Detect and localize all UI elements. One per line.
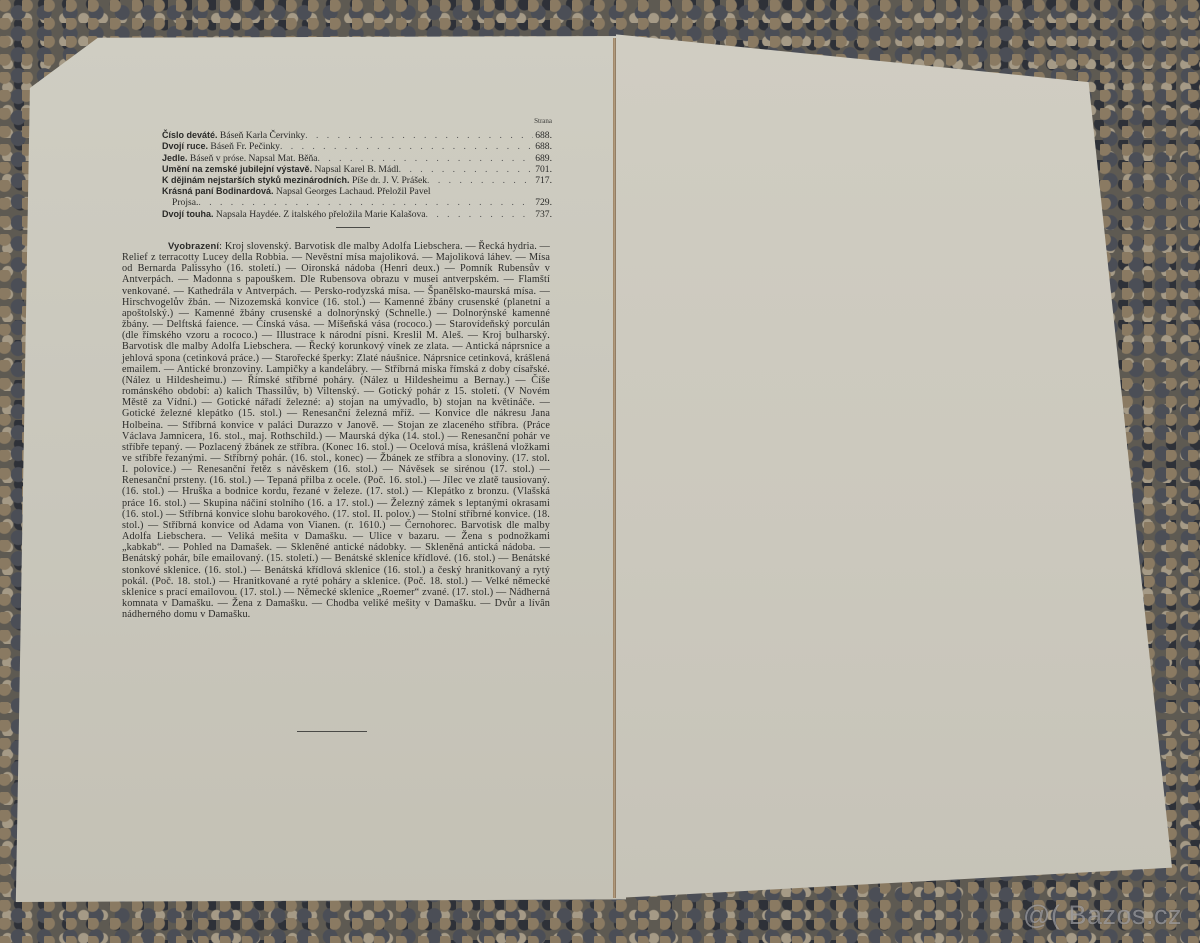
toc-entry: K dějinám nejstarších styků mezinárodníc…	[162, 175, 552, 186]
illustrations-heading: Vyobrazení	[168, 240, 219, 251]
toc-entry: Krásná paní Bodinardová. Napsal Georges …	[162, 186, 552, 197]
toc-entry-continuation: Projsa. 729.	[162, 197, 552, 208]
toc-entry-page: 717.	[533, 175, 552, 186]
separator-rule-bottom	[297, 731, 367, 732]
toc-entry-title: K dějinám nejstarších styků mezinárodníc…	[162, 175, 350, 185]
toc-entry-page: 737.	[533, 209, 552, 220]
leader-dots	[399, 164, 534, 175]
separator-rule-top	[336, 227, 370, 228]
leader-dots	[427, 175, 533, 186]
toc-entry-title: Jedle.	[162, 153, 188, 163]
toc-entry-page: 688.	[533, 141, 552, 152]
leader-dots	[198, 197, 533, 208]
illustrations-list: Vyobrazení: Kroj slovenský. Barvotisk dl…	[122, 240, 550, 620]
leader-dots	[305, 130, 533, 141]
toc-entry-page: 701.	[533, 164, 552, 175]
toc-entry-desc: Báseň Karla Červinky	[218, 130, 306, 141]
toc-entry-desc: Báseň v próse. Napsal Mat. Běňa	[188, 153, 318, 164]
toc-entry: Jedle. Báseň v próse. Napsal Mat. Běňa 6…	[162, 153, 552, 164]
toc-entry-desc: Báseň Fr. Pečinky	[208, 141, 280, 152]
toc-entry: Dvojí ruce. Báseň Fr. Pečinky 688.	[162, 141, 552, 152]
leader-dots	[426, 209, 534, 220]
toc-entry-title: Umění na zemské jubilejní výstavě.	[162, 164, 312, 174]
toc-entry-desc: Projsa.	[172, 197, 198, 208]
toc-entry-title: Dvojí ruce.	[162, 141, 208, 151]
toc-entry-desc: Napsal Georges Lachaud. Přeložil Pavel	[274, 186, 431, 197]
leader-dots	[318, 153, 534, 164]
toc-entry-desc: Píše dr. J. V. Prášek	[350, 175, 427, 186]
toc-entry-page: 689.	[533, 153, 552, 164]
watermark: @( Bazos.cz	[1023, 900, 1182, 931]
table-of-contents: Strana Číslo deváté. Báseň Karla Červink…	[162, 116, 552, 220]
toc-entry-title: Dvojí touha.	[162, 209, 214, 219]
toc-entry: Umění na zemské jubilejní výstavě. Napsa…	[162, 164, 552, 175]
right-page-blank	[616, 30, 1172, 898]
toc-entry: Číslo deváté. Báseň Karla Červinky 688.	[162, 130, 552, 141]
toc-entry-title: Číslo deváté.	[162, 130, 218, 140]
toc-entry-desc: Napsal Karel B. Mádl	[312, 164, 399, 175]
toc-entry-desc: Napsala Haydée. Z italského přeložila Ma…	[214, 209, 426, 220]
toc-entry-page: 729.	[533, 197, 552, 208]
toc-entry: Dvojí touha. Napsala Haydée. Z italského…	[162, 209, 552, 220]
page-column-header: Strana	[162, 116, 552, 127]
leader-dots	[280, 141, 533, 152]
illustrations-text: : Kroj slovenský. Barvotisk dle malby Ad…	[122, 241, 550, 620]
toc-entry-title: Krásná paní Bodinardová.	[162, 186, 274, 196]
book-spine-fold	[613, 38, 616, 898]
toc-entry-page: 688.	[533, 130, 552, 141]
